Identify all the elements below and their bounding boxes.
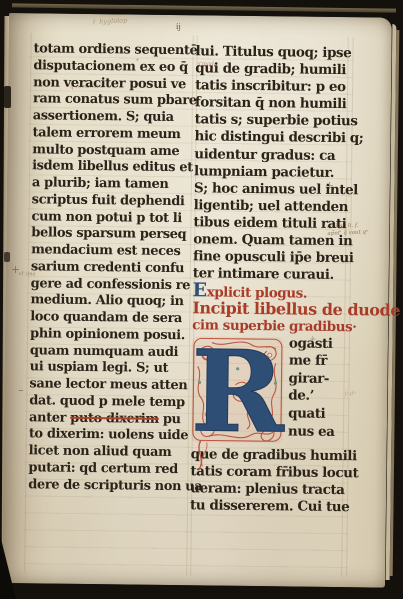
text-line: quam numquam audi <box>30 343 191 362</box>
text-line: hic distingui describi q; <box>194 129 350 148</box>
text-line: me fr̄ <box>289 353 348 371</box>
decorated-initial-row: R ogasti me fr̄ girar- de.’ quati nus ea <box>191 334 348 448</box>
text-line: isdem libellus editus et <box>32 159 193 178</box>
text-line: licet non aliud quam <box>29 443 190 462</box>
text-line: tibus eidem tituli rati <box>193 214 349 233</box>
initial-letter: R <box>190 326 286 458</box>
text-line: dere de scripturis non ua <box>28 477 189 496</box>
margin-dash: – <box>18 385 23 396</box>
text-line: qui de gradib; humili <box>195 60 351 79</box>
text-line: forsitan q̄ non humili <box>195 95 351 114</box>
text-line: totam ordiens sequentē <box>33 41 194 60</box>
text-line: mendacium est neces <box>31 242 192 261</box>
binding-mark <box>4 86 11 108</box>
decorated-initial-R: R <box>191 336 284 445</box>
text-line: loco quandam de sera <box>30 309 191 328</box>
text-line: fine opusculi ip̄e breui <box>193 248 349 267</box>
text-segment: anter <box>29 410 70 426</box>
manuscript-photo: l· hyglolop ij q̄ romanorū s'mada + e oī… <box>0 0 403 599</box>
text-line: lui. Titulus quoq; ipse <box>195 43 351 62</box>
manuscript-page: l· hyglolop ij q̄ romanorū s'mada + e oī… <box>2 13 392 588</box>
text-line: de.’ <box>288 388 347 406</box>
text-line: ui uspiam legi. S; ut <box>30 360 191 379</box>
quire-mark: ij <box>176 22 181 31</box>
text-line: phin opinionem posui. <box>30 326 191 345</box>
text-line: ueram: plenius tracta <box>190 480 346 499</box>
text-line: ligentib; uel attenden <box>194 197 350 216</box>
left-text-column: totam ordiens sequentē disputacionem ex … <box>28 41 195 495</box>
faded-inscription: l· hyglolop <box>93 16 128 26</box>
right-text-column: lui. Titulus quoq; ipse qui de gradib; h… <box>190 43 352 516</box>
text-line: putari: qd certum red <box>28 460 189 479</box>
text-line: sarium credenti confu <box>31 259 192 278</box>
text-line: tu dissererem. Cui tue <box>190 497 346 516</box>
text-line: scriptus fuit dephendi <box>32 192 193 211</box>
text-line: tatis s; superbie potius <box>195 112 351 131</box>
text-line: medium. Alio quoq; in <box>30 293 191 312</box>
text-line: uidentur gradus: ca <box>194 146 350 165</box>
text-line: ogasti <box>289 335 348 353</box>
text-line: assertionem. S; quia <box>33 108 194 127</box>
text-line: girar- <box>288 370 347 388</box>
text-line: cum non potui p tot li <box>31 209 192 228</box>
incipit-rubric-line: Incipit libellus de duode <box>192 300 348 319</box>
text-line: ter intimare curaui. <box>193 265 349 284</box>
book-top-edge <box>12 3 396 12</box>
struck-text: puto dixerim <box>70 410 159 426</box>
text-line: lumpniam pacietur. <box>194 163 350 182</box>
text-wrapped-beside-initial: ogasti me fr̄ girar- de.’ quati nus ea <box>288 335 348 441</box>
text-line: multo postquam ame <box>32 142 193 161</box>
text-line: tatis coram fr̄ibus locut <box>190 463 346 482</box>
binding-mark <box>4 252 10 262</box>
text-line: gere ad confessionis re <box>31 276 192 295</box>
text-line: non veraciter posui ve <box>33 75 194 94</box>
text-line: onem. Quam tamen in <box>193 231 349 250</box>
text-line: a plurib; iam tamen <box>32 175 193 194</box>
text-segment: pu <box>159 411 181 426</box>
text-line: tatis inscribitur: p eo <box>195 77 351 96</box>
text-line: sane lector meus atten <box>29 376 190 395</box>
text-line-with-correction: anter puto dixerim pu <box>29 410 190 429</box>
initial-penwork-art: R <box>191 336 284 445</box>
text-line: to dixerim: uolens uide <box>29 427 190 446</box>
text-line: talem errorem meum <box>32 125 193 144</box>
text-line: dat. quod p mele temp <box>29 393 190 412</box>
text-line: bellos sparsum perseq <box>31 226 192 245</box>
text-line: disputacionem ex eo q̄ <box>33 58 194 77</box>
text-line: S; hoc animus uel intel <box>194 180 350 199</box>
text-line: ram conatus sum pbare <box>33 92 194 111</box>
text-line: nus ea <box>288 423 347 441</box>
text-line: quati <box>288 405 347 423</box>
